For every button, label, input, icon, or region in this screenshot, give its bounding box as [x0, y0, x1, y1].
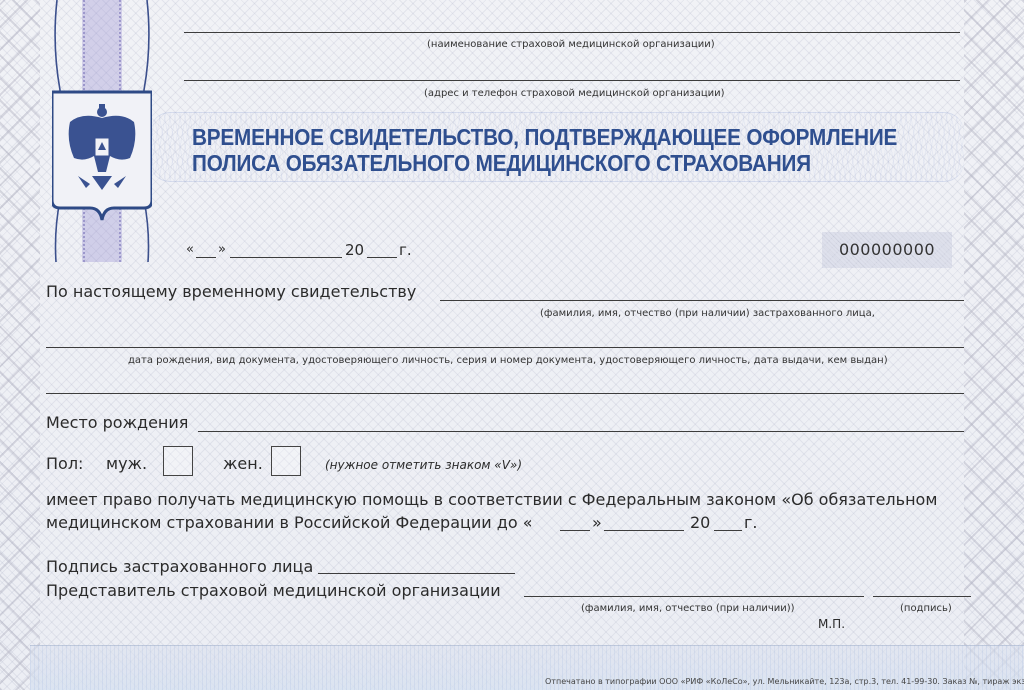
representative-signature-field[interactable]	[873, 596, 971, 597]
insured-signature-label: Подпись застрахованного лица	[46, 557, 313, 576]
female-label: жен.	[223, 454, 263, 473]
emblem-ribbon	[52, 0, 152, 262]
title-line-1: ВРЕМЕННОЕ СВИДЕТЕЛЬСТВО, ПОДТВЕРЖДАЮЩЕЕ …	[192, 124, 894, 150]
holder-name-caption: (фамилия, имя, отчество (при наличии) за…	[540, 308, 875, 319]
valid-until-year-field[interactable]	[714, 530, 742, 531]
org-name-line[interactable]	[184, 32, 960, 33]
document-title: ВРЕМЕННОЕ СВИДЕТЕЛЬСТВО, ПОДТВЕРЖДАЮЩЕЕ …	[192, 124, 894, 176]
left-ornamental-border	[0, 0, 40, 690]
representative-signature-caption: (подпись)	[900, 603, 952, 614]
org-address-line[interactable]	[184, 80, 960, 81]
rights-quote-close: »	[592, 513, 602, 532]
male-checkbox[interactable]	[163, 446, 193, 476]
valid-until-year-prefix: 20	[690, 513, 710, 532]
holder-extra-field[interactable]	[46, 393, 964, 394]
representative-label: Представитель страховой медицинской орга…	[46, 581, 501, 600]
representative-fio-field[interactable]	[524, 596, 864, 597]
valid-until-month-field[interactable]	[604, 530, 684, 531]
male-label: муж.	[106, 454, 147, 473]
org-name-caption: (наименование страховой медицинской орга…	[427, 39, 715, 50]
coat-of-arms-icon	[52, 0, 152, 262]
birthplace-label: Место рождения	[46, 413, 188, 432]
issue-year-suffix: г.	[399, 241, 412, 259]
issue-year-field[interactable]	[367, 257, 397, 258]
insured-signature-field[interactable]	[318, 573, 515, 574]
title-line-2: ПОЛИСА ОБЯЗАТЕЛЬНОГО МЕДИЦИНСКОГО СТРАХО…	[192, 150, 894, 176]
sex-hint: (нужное отметить знаком «V»)	[325, 458, 522, 472]
issue-date-open-quote: «	[186, 242, 194, 257]
sex-label: Пол:	[46, 454, 83, 473]
stamp-label: М.П.	[818, 617, 845, 631]
issue-month-field[interactable]	[230, 257, 342, 258]
printer-imprint: Отпечатано в типографии ООО «РИФ «КоЛеСо…	[545, 677, 1024, 686]
rights-line-1: имеет право получать медицинскую помощь …	[46, 490, 937, 509]
serial-number: 000000000	[822, 232, 952, 268]
valid-until-year-suffix: г.	[744, 513, 758, 532]
issue-year-prefix: 20	[345, 241, 364, 259]
org-address-caption: (адрес и телефон страховой медицинской о…	[424, 88, 725, 99]
birthplace-field[interactable]	[198, 431, 964, 432]
holder-document-field[interactable]	[46, 347, 964, 348]
representative-fio-caption: (фамилия, имя, отчество (при наличии))	[581, 603, 795, 614]
issue-date-close-quote: »	[218, 242, 226, 257]
valid-until-day-field[interactable]	[560, 530, 590, 531]
right-ornamental-border	[964, 0, 1024, 690]
holder-name-field[interactable]	[440, 300, 964, 301]
holder-document-caption: дата рождения, вид документа, удостоверя…	[128, 355, 888, 366]
holder-label: По настоящему временному свидетельству	[46, 282, 416, 301]
rights-line-2-prefix: медицинском страховании в Российской Фед…	[46, 513, 533, 532]
issue-day-field[interactable]	[196, 257, 216, 258]
female-checkbox[interactable]	[271, 446, 301, 476]
